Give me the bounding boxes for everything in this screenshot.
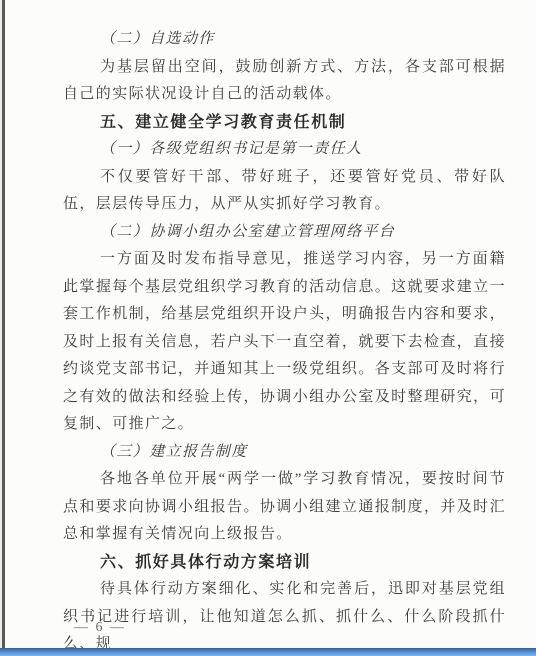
page-number: — 6 — bbox=[63, 620, 137, 636]
sub-heading: （一）各级党组织书记是第一责任人 bbox=[63, 136, 506, 164]
sub-heading: （二）自选动作 bbox=[63, 26, 506, 54]
body-paragraph: 各地各单位开展“两学一做”学习教育情况，要按时间节点和要求向协调小组报告。协调小… bbox=[63, 466, 506, 549]
bottom-blue-bar bbox=[0, 648, 536, 656]
body-paragraph: 为基层留出空间，鼓励创新方式、方法，各支部可根据自己的实际状况设计自己的活动载体… bbox=[63, 54, 506, 109]
document-body: （二）自选动作 为基层留出空间，鼓励创新方式、方法，各支部可根据自己的实际状况设… bbox=[63, 26, 506, 656]
body-paragraph: 不仅要管好干部、带好班子，还要管好党员、带好队伍，层层传导压力，从严从实抓好学习… bbox=[63, 164, 506, 219]
body-paragraph: 待具体行动方案细化、实化和完善后，迅即对基层党组织书记进行培训，让他知道怎么抓、… bbox=[63, 576, 506, 656]
body-paragraph: 一方面及时发布指导意见，推送学习内容，另一方面籍此掌握每个基层党组织学习教育的活… bbox=[63, 246, 506, 439]
page-left-edge-line bbox=[2, 0, 5, 656]
sub-heading: （二）协调小组办公室建立管理网络平台 bbox=[63, 219, 506, 247]
sub-heading: （三）建立报告制度 bbox=[63, 439, 506, 467]
section-heading: 五、建立健全学习教育责任机制 bbox=[63, 109, 506, 137]
document-page: （二）自选动作 为基层留出空间，鼓励创新方式、方法，各支部可根据自己的实际状况设… bbox=[0, 0, 536, 656]
section-heading: 六、抓好具体行动方案培训 bbox=[63, 549, 506, 577]
